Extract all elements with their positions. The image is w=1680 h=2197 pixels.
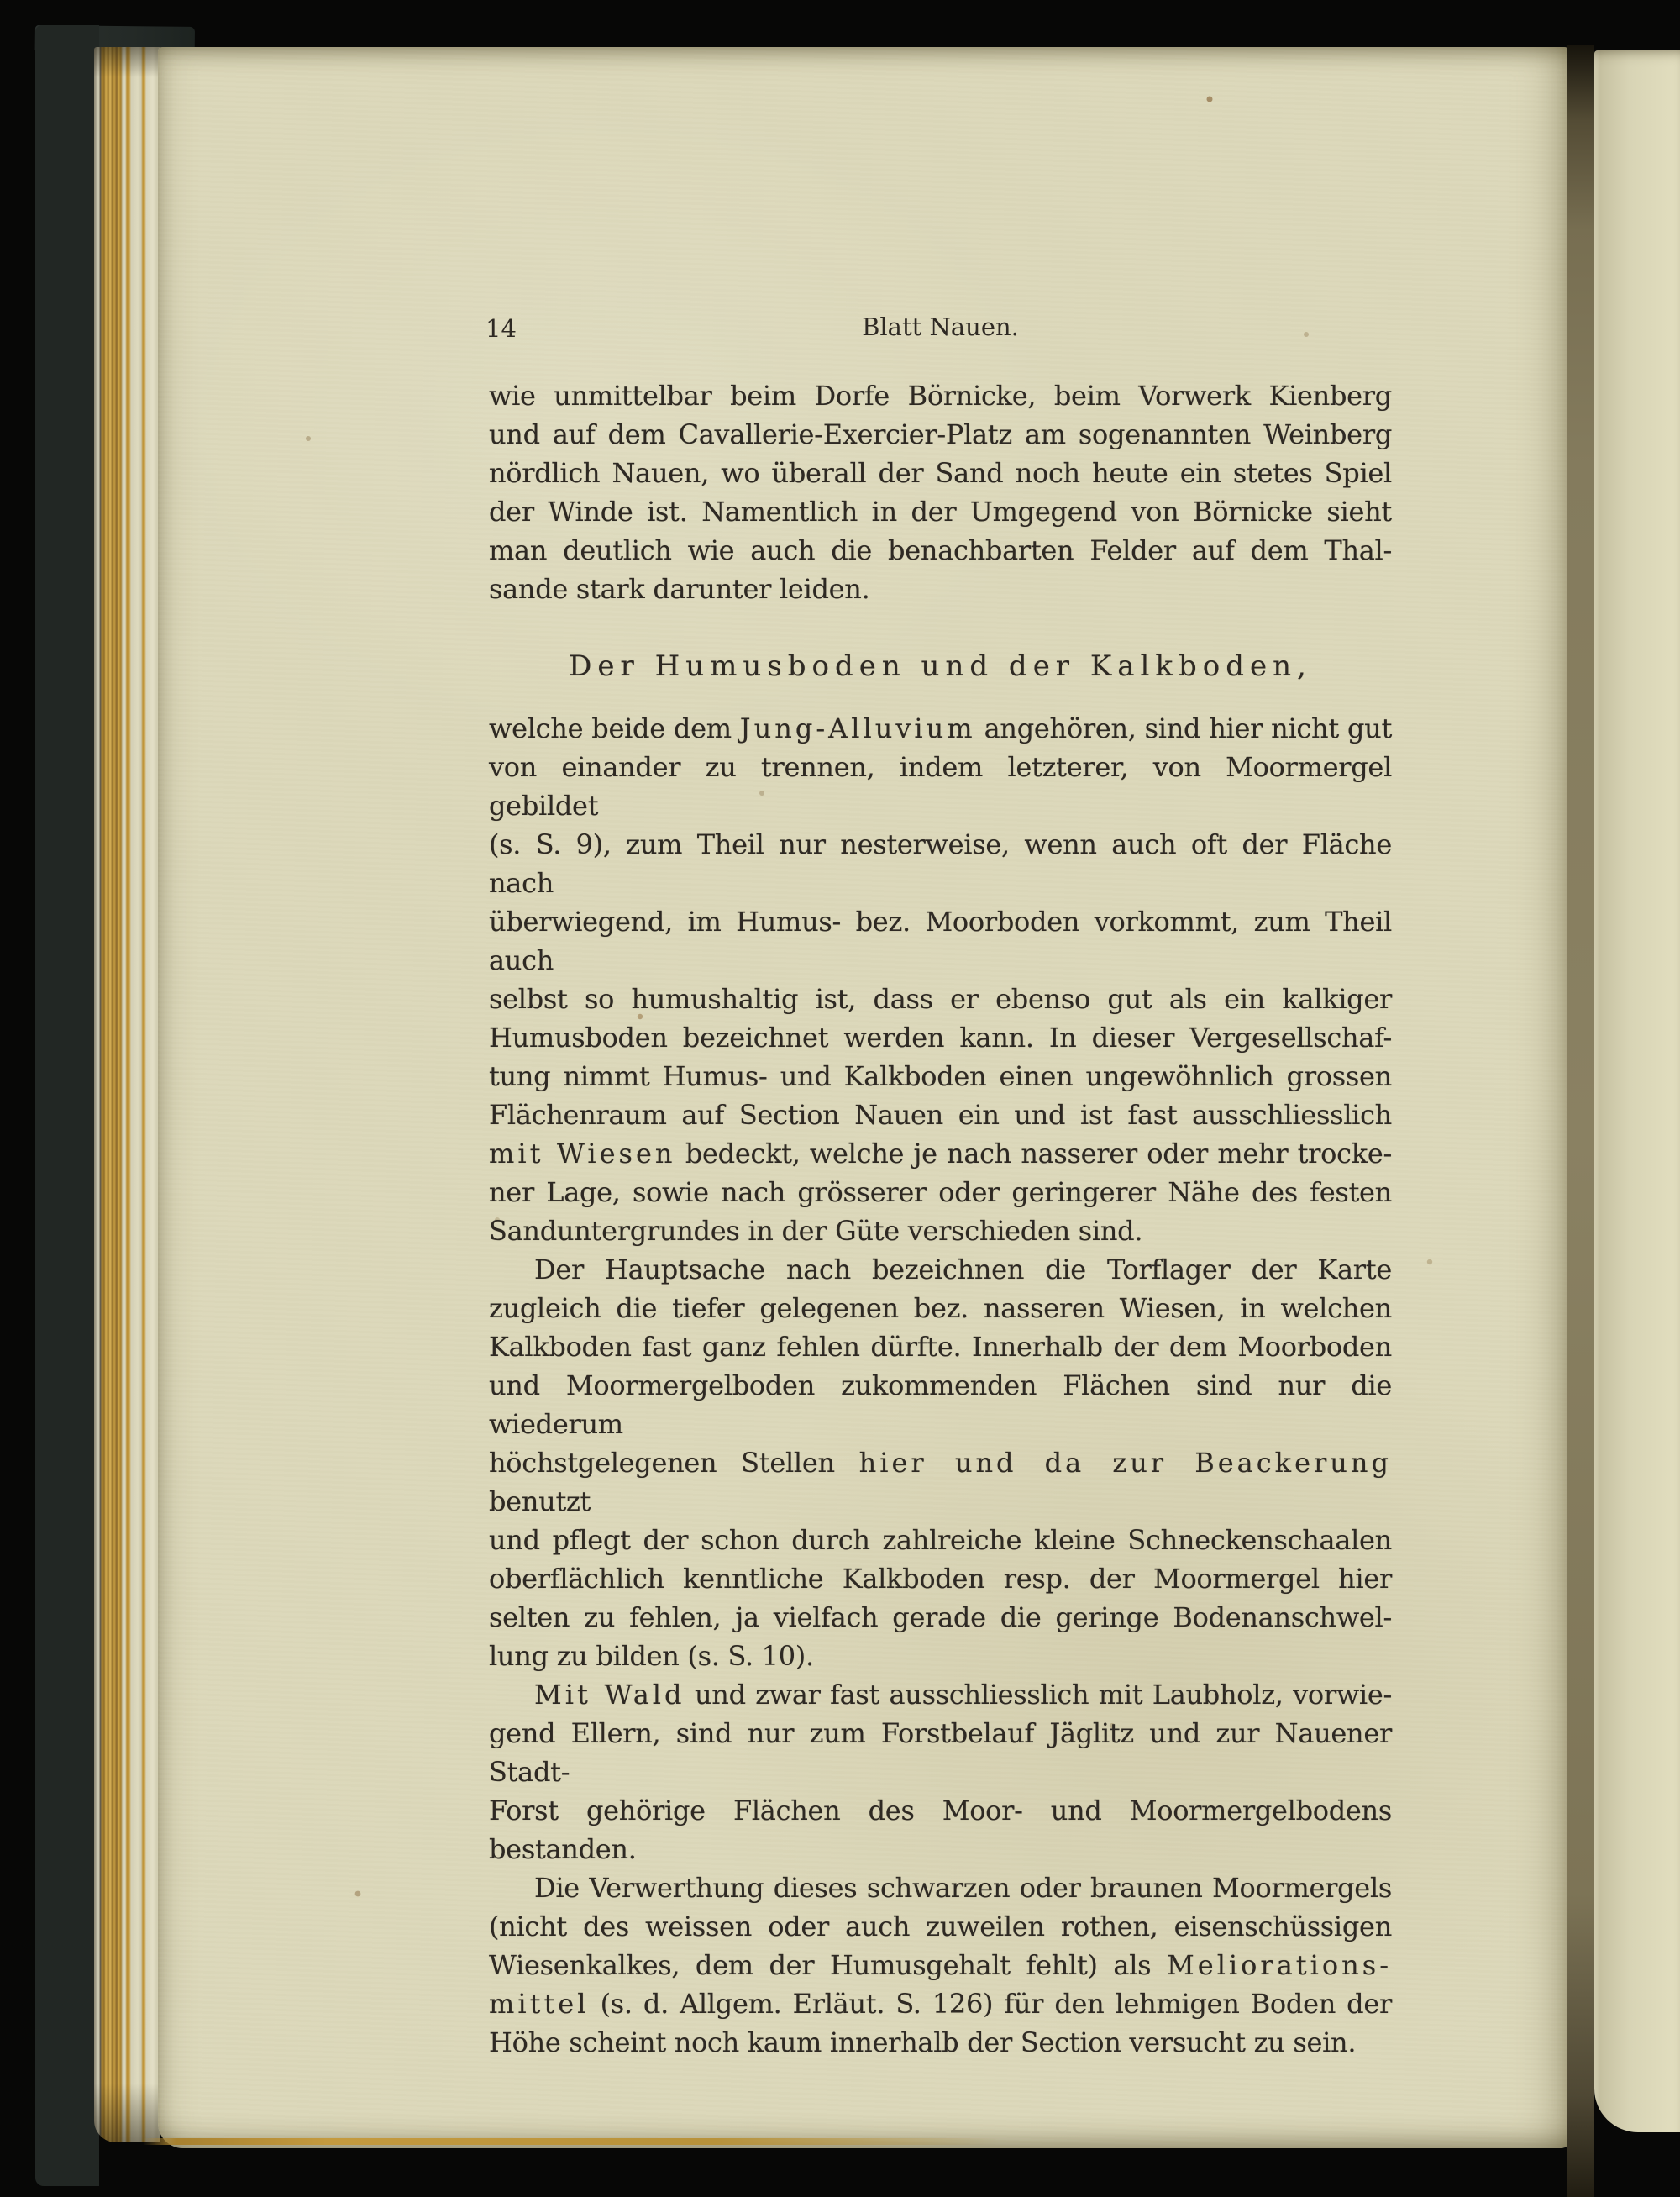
book-cover <box>35 25 99 2186</box>
text-line: Wiesenkalkes, dem der Humusgehalt fehlt)… <box>489 1946 1392 1984</box>
text-line: nördlich Nauen, wo überall der Sand noch… <box>489 454 1392 492</box>
text-line: (nicht des weissen oder auch zuweilen ro… <box>489 1907 1392 1946</box>
gilt-bottom-edge <box>143 2138 1000 2145</box>
page-header: 14 Blatt Nauen. <box>489 313 1392 348</box>
text-line: Der Hauptsache nach bezeichnen die Torfl… <box>489 1250 1392 1289</box>
text-line: mittel (s. d. Allgem. Erläut. S. 126) fü… <box>489 1984 1392 2023</box>
text-line: Mit Wald und zwar fast ausschliesslich m… <box>489 1675 1392 1714</box>
text-line: man deutlich wie auch die benachbarten F… <box>489 531 1392 570</box>
text-line: lung zu bilden (s. S. 10). <box>489 1637 1392 1675</box>
text-line: welche beide dem Jung-Alluvium angehören… <box>489 709 1392 748</box>
page-number: 14 <box>486 314 517 343</box>
text-line: Kalkboden fast ganz fehlen dürfte. Inner… <box>489 1327 1392 1366</box>
text-line: Sanduntergrundes in der Güte verschieden… <box>489 1212 1392 1250</box>
paper-specks <box>0 0 3 3</box>
text-line: Forst gehörige Flächen des Moor- und Moo… <box>489 1791 1392 1869</box>
paragraph: Mit Wald und zwar fast ausschliesslich m… <box>489 1675 1392 1869</box>
text-line: höchstgelegenen Stellen hier und da zur … <box>489 1443 1392 1521</box>
text-line: selbst so humushaltig ist, dass er ebens… <box>489 980 1392 1018</box>
text-line: von einander zu trennen, indem letzterer… <box>489 748 1392 825</box>
paragraph: Der Hauptsache nach bezeichnen die Torfl… <box>489 1250 1392 1675</box>
text-line: mit Wiesen bedeckt, welche je nach nasse… <box>489 1134 1392 1173</box>
text-line: ner Lage, sowie nach grösserer oder geri… <box>489 1173 1392 1212</box>
paragraph: Die Verwerthung dieses schwarzen oder br… <box>489 1869 1392 2062</box>
text-line: (s. S. 9), zum Theil nur nesterweise, we… <box>489 825 1392 902</box>
text-line: und pflegt der schon durch zahlreiche kl… <box>489 1521 1392 1559</box>
text-line: zugleich die tiefer gelegenen bez. nasse… <box>489 1289 1392 1327</box>
fore-edge-page-stack <box>94 47 160 2142</box>
text-line: oberflächlich kenntliche Kalkboden resp.… <box>489 1559 1392 1598</box>
text-line: tung nimmt Humus- und Kalkboden einen un… <box>489 1057 1392 1096</box>
gutter-shadow <box>1567 45 1594 2197</box>
text-line: der Winde ist. Namentlich in der Umgegen… <box>489 492 1392 531</box>
next-page-edge <box>1594 50 1680 2132</box>
book-scan: 14 Blatt Nauen. wie unmittelbar beim Dor… <box>0 0 1680 2197</box>
text-line: Höhe scheint noch kaum innerhalb der Sec… <box>489 2023 1392 2062</box>
text-line: überwiegend, im Humus- bez. Moorboden vo… <box>489 902 1392 980</box>
text-block: wie unmittelbar beim Dorfe Börnicke, bei… <box>489 376 1392 2062</box>
text-line: Flächenraum auf Section Nauen ein und is… <box>489 1096 1392 1134</box>
section-heading: Der Humusboden und der Kalkboden, <box>489 645 1392 687</box>
text-line: und auf dem Cavallerie-Exercier-Platz am… <box>489 415 1392 454</box>
running-head: Blatt Nauen. <box>489 313 1392 341</box>
text-line: gend Ellern, sind nur zum Forstbelauf Jä… <box>489 1714 1392 1791</box>
text-line: Die Verwerthung dieses schwarzen oder br… <box>489 1869 1392 1907</box>
text-line: Humusboden bezeichnet werden kann. In di… <box>489 1018 1392 1057</box>
text-line: sande stark darunter leiden. <box>489 570 1392 608</box>
text-line: und Moormergelboden zukommenden Flächen … <box>489 1366 1392 1443</box>
text-line: selten zu fehlen, ja vielfach gerade die… <box>489 1598 1392 1637</box>
paragraph: wie unmittelbar beim Dorfe Börnicke, bei… <box>489 376 1392 608</box>
text-line: wie unmittelbar beim Dorfe Börnicke, bei… <box>489 376 1392 415</box>
paragraph: welche beide dem Jung-Alluvium angehören… <box>489 709 1392 1250</box>
